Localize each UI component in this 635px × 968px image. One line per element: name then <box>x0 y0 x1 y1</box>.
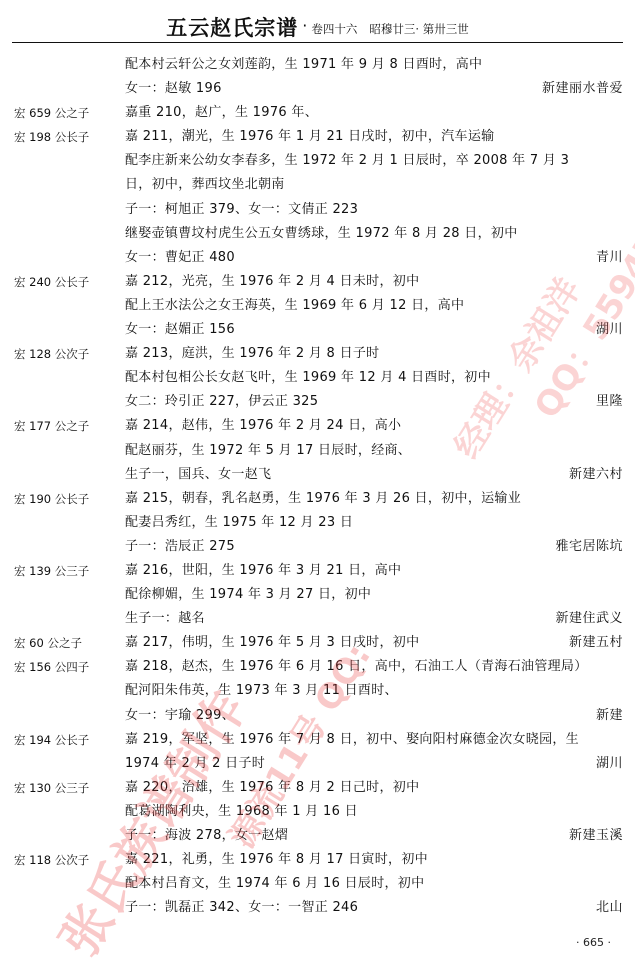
entry-text: 嘉重 210，赵广，生 1976 年、 <box>125 101 318 125</box>
entry-text: 日，初中，葬西坟坐北朝南 <box>125 173 285 197</box>
entry-text: 配上王水法公之女王海英，生 1969 年 6 月 12 日，高中 <box>125 294 464 318</box>
entry-text: 嘉 221，礼勇，生 1976 年 8 月 17 日寅时，初中 <box>125 848 428 872</box>
entry-text: 配葛湖陶利央，生 1968 年 1 月 16 日 <box>125 800 358 824</box>
entry-line: 配上王水法公之女王海英，生 1969 年 6 月 12 日，高中 <box>0 294 635 318</box>
entry-line: 宏 177 公之子嘉 214，赵伟，生 1976 年 2 月 24 日，高小 <box>0 414 635 438</box>
residence-label: 北山 <box>596 896 623 920</box>
residence-label: 新建丽水普爱 <box>542 77 623 101</box>
entry-text: 生子一，国兵、女一赵飞 <box>125 463 271 487</box>
entry-line: 配河阳朱伟英，生 1973 年 3 月 11 日酉时、 <box>0 679 635 703</box>
entry-line: 配本村包相公长女赵飞叶，生 1969 年 12 月 4 日酉时，初中 <box>0 366 635 390</box>
entry-text: 继娶壶镇曹坟村虎生公五女曹绣球，生 1972 年 8 月 28 日，初中 <box>125 222 518 246</box>
parent-label: 宏 659 公之子 <box>14 101 89 125</box>
entry-text: 嘉 211，潮光，生 1976 年 1 月 21 日戌时，初中，汽车运输 <box>125 125 494 149</box>
entry-line: 宏 118 公次子嘉 221，礼勇，生 1976 年 8 月 17 日寅时，初中 <box>0 848 635 872</box>
entry-text: 女一：赵媚正 156 <box>125 318 235 342</box>
entry-line: 宏 198 公长子嘉 211，潮光，生 1976 年 1 月 21 日戌时，初中… <box>0 125 635 149</box>
book-title: 五云赵氏宗谱 <box>166 15 298 40</box>
entry-text: 配本村云轩公之女刘莲韵，生 1971 年 9 月 8 日酉时，高中 <box>125 53 482 77</box>
entry-line: 女一：赵媚正 156湖川 <box>0 318 635 342</box>
entry-text: 嘉 218，赵杰，生 1976 年 6 月 16 日，高中，石油工人（青海石油管… <box>125 655 588 679</box>
entry-line: 宏 156 公四子嘉 218，赵杰，生 1976 年 6 月 16 日，高中，石… <box>0 655 635 679</box>
entry-line: 宏 139 公三子嘉 216，世阳，生 1976 年 3 月 21 日，高中 <box>0 559 635 583</box>
entry-text: 配本村包相公长女赵飞叶，生 1969 年 12 月 4 日酉时，初中 <box>125 366 491 390</box>
entry-line: 继娶壶镇曹坟村虎生公五女曹绣球，生 1972 年 8 月 28 日，初中 <box>0 222 635 246</box>
entry-text: 嘉 213，庭洪，生 1976 年 2 月 8 日子时 <box>125 342 379 366</box>
parent-label: 宏 198 公长子 <box>14 125 89 149</box>
genealogy-entries: 配本村云轩公之女刘莲韵，生 1971 年 9 月 8 日酉时，高中女一：赵敏 1… <box>0 53 635 920</box>
entry-line: 宏 190 公长子嘉 215，朝春，乳名赵勇，生 1976 年 3 月 26 日… <box>0 487 635 511</box>
parent-label: 宏 240 公长子 <box>14 270 89 294</box>
entry-line: 宏 128 公次子嘉 213，庭洪，生 1976 年 2 月 8 日子时 <box>0 342 635 366</box>
entry-text: 配河阳朱伟英，生 1973 年 3 月 11 日酉时、 <box>125 679 398 703</box>
entry-line: 配葛湖陶利央，生 1968 年 1 月 16 日 <box>0 800 635 824</box>
title-separator: · <box>302 16 307 35</box>
entry-text: 配本村吕育文，生 1974 年 6 月 16 日辰时，初中 <box>125 872 424 896</box>
residence-label: 里隆 <box>596 390 623 414</box>
page-number: · 665 · <box>576 936 611 949</box>
parent-label: 宏 194 公长子 <box>14 728 89 752</box>
entry-text: 女一：赵敏 196 <box>125 77 222 101</box>
parent-label: 宏 139 公三子 <box>14 559 89 583</box>
volume-label: 卷四十六 <box>311 22 357 36</box>
entry-text: 配赵丽芬，生 1972 年 5 月 17 日辰时，经商、 <box>125 439 411 463</box>
generation-label: · 第卅三世 <box>415 22 468 36</box>
parent-label: 宏 128 公次子 <box>14 342 89 366</box>
entry-text: 嘉 216，世阳，生 1976 年 3 月 21 日，高中 <box>125 559 401 583</box>
residence-label: 湖川 <box>596 752 623 776</box>
entry-text: 女一：曹妃正 480 <box>125 246 235 270</box>
entry-line: 子一：浩辰正 275雅宅居陈坑 <box>0 535 635 559</box>
entry-line: 配本村吕育文，生 1974 年 6 月 16 日辰时，初中 <box>0 872 635 896</box>
page-header: 五云赵氏宗谱·卷四十六昭穆廿三· 第卅三世 <box>0 12 635 42</box>
entry-text: 女一：宇瑜 299、 <box>125 704 235 728</box>
entry-line: 生子一，国兵、女一赵飞新建六村 <box>0 463 635 487</box>
residence-label: 青川 <box>596 246 623 270</box>
entry-line: 生子一：越名新建住武义 <box>0 607 635 631</box>
entry-text: 女二：玲引正 227，伊云正 325 <box>125 390 318 414</box>
entry-line: 子一：凯磊正 342、女一：一智正 246北山 <box>0 896 635 920</box>
entry-line: 配李庄新来公幼女李春多，生 1972 年 2 月 1 日辰时，卒 2008 年 … <box>0 149 635 173</box>
parent-label: 宏 130 公三子 <box>14 776 89 800</box>
residence-label: 新建五村 <box>569 631 623 655</box>
entry-text: 嘉 214，赵伟，生 1976 年 2 月 24 日，高小 <box>125 414 401 438</box>
entry-line: 配本村云轩公之女刘莲韵，生 1971 年 9 月 8 日酉时，高中 <box>0 53 635 77</box>
entry-line: 日，初中，葬西坟坐北朝南 <box>0 173 635 197</box>
entry-line: 宏 60 公之子嘉 217，伟明，生 1976 年 5 月 3 日戌时，初中新建… <box>0 631 635 655</box>
entry-line: 1974 年 2 月 2 日子时湖川 <box>0 752 635 776</box>
entry-text: 嘉 219，军坚，生 1976 年 7 月 8 日，初中、娶向阳村麻德金次女晓园… <box>125 728 579 752</box>
entry-line: 女一：宇瑜 299、新建 <box>0 704 635 728</box>
entry-text: 配徐柳媚，生 1974 年 3 月 27 日，初中 <box>125 583 371 607</box>
residence-label: 新建玉溪 <box>569 824 623 848</box>
entry-text: 嘉 217，伟明，生 1976 年 5 月 3 日戌时，初中 <box>125 631 419 655</box>
entry-line: 女一：赵敏 196新建丽水普爱 <box>0 77 635 101</box>
entry-line: 子一：柯旭正 379、女一：文倩正 223 <box>0 198 635 222</box>
parent-label: 宏 118 公次子 <box>14 848 89 872</box>
residence-label: 新建住武义 <box>555 607 623 631</box>
residence-label: 雅宅居陈坑 <box>555 535 623 559</box>
residence-label: 新建六村 <box>569 463 623 487</box>
entry-text: 子一：凯磊正 342、女一：一智正 246 <box>125 896 358 920</box>
parent-label: 宏 156 公四子 <box>14 655 89 679</box>
entry-text: 配妻吕秀红，生 1975 年 12 月 23 日 <box>125 511 353 535</box>
parent-label: 宏 60 公之子 <box>14 631 82 655</box>
residence-label: 湖川 <box>596 318 623 342</box>
entry-line: 配妻吕秀红，生 1975 年 12 月 23 日 <box>0 511 635 535</box>
entry-line: 女二：玲引正 227，伊云正 325里隆 <box>0 390 635 414</box>
entry-line: 宏 194 公长子嘉 219，军坚，生 1976 年 7 月 8 日，初中、娶向… <box>0 728 635 752</box>
residence-label: 新建 <box>596 704 623 728</box>
entry-text: 嘉 220，治雄，生 1976 年 8 月 2 日己时，初中 <box>125 776 419 800</box>
header-rule <box>12 42 623 43</box>
entry-text: 子一：海波 278，女一赵熠 <box>125 824 288 848</box>
entry-line: 宏 130 公三子嘉 220，治雄，生 1976 年 8 月 2 日己时，初中 <box>0 776 635 800</box>
entry-text: 生子一：越名 <box>125 607 205 631</box>
entry-line: 子一：海波 278，女一赵熠新建玉溪 <box>0 824 635 848</box>
entry-text: 子一：浩辰正 275 <box>125 535 235 559</box>
entry-line: 宏 240 公长子嘉 212，光亮，生 1976 年 2 月 4 日未时，初中 <box>0 270 635 294</box>
entry-text: 配李庄新来公幼女李春多，生 1972 年 2 月 1 日辰时，卒 2008 年 … <box>125 149 569 173</box>
entry-text: 1974 年 2 月 2 日子时 <box>125 752 265 776</box>
entry-line: 女一：曹妃正 480青川 <box>0 246 635 270</box>
entry-text: 子一：柯旭正 379、女一：文倩正 223 <box>125 198 358 222</box>
section-label: 昭穆廿三 <box>369 22 415 36</box>
parent-label: 宏 190 公长子 <box>14 487 89 511</box>
entry-text: 嘉 215，朝春，乳名赵勇，生 1976 年 3 月 26 日，初中，运输业 <box>125 487 521 511</box>
entry-text: 嘉 212，光亮，生 1976 年 2 月 4 日未时，初中 <box>125 270 419 294</box>
parent-label: 宏 177 公之子 <box>14 414 89 438</box>
entry-line: 配赵丽芬，生 1972 年 5 月 17 日辰时，经商、 <box>0 439 635 463</box>
entry-line: 配徐柳媚，生 1974 年 3 月 27 日，初中 <box>0 583 635 607</box>
entry-line: 宏 659 公之子嘉重 210，赵广，生 1976 年、 <box>0 101 635 125</box>
